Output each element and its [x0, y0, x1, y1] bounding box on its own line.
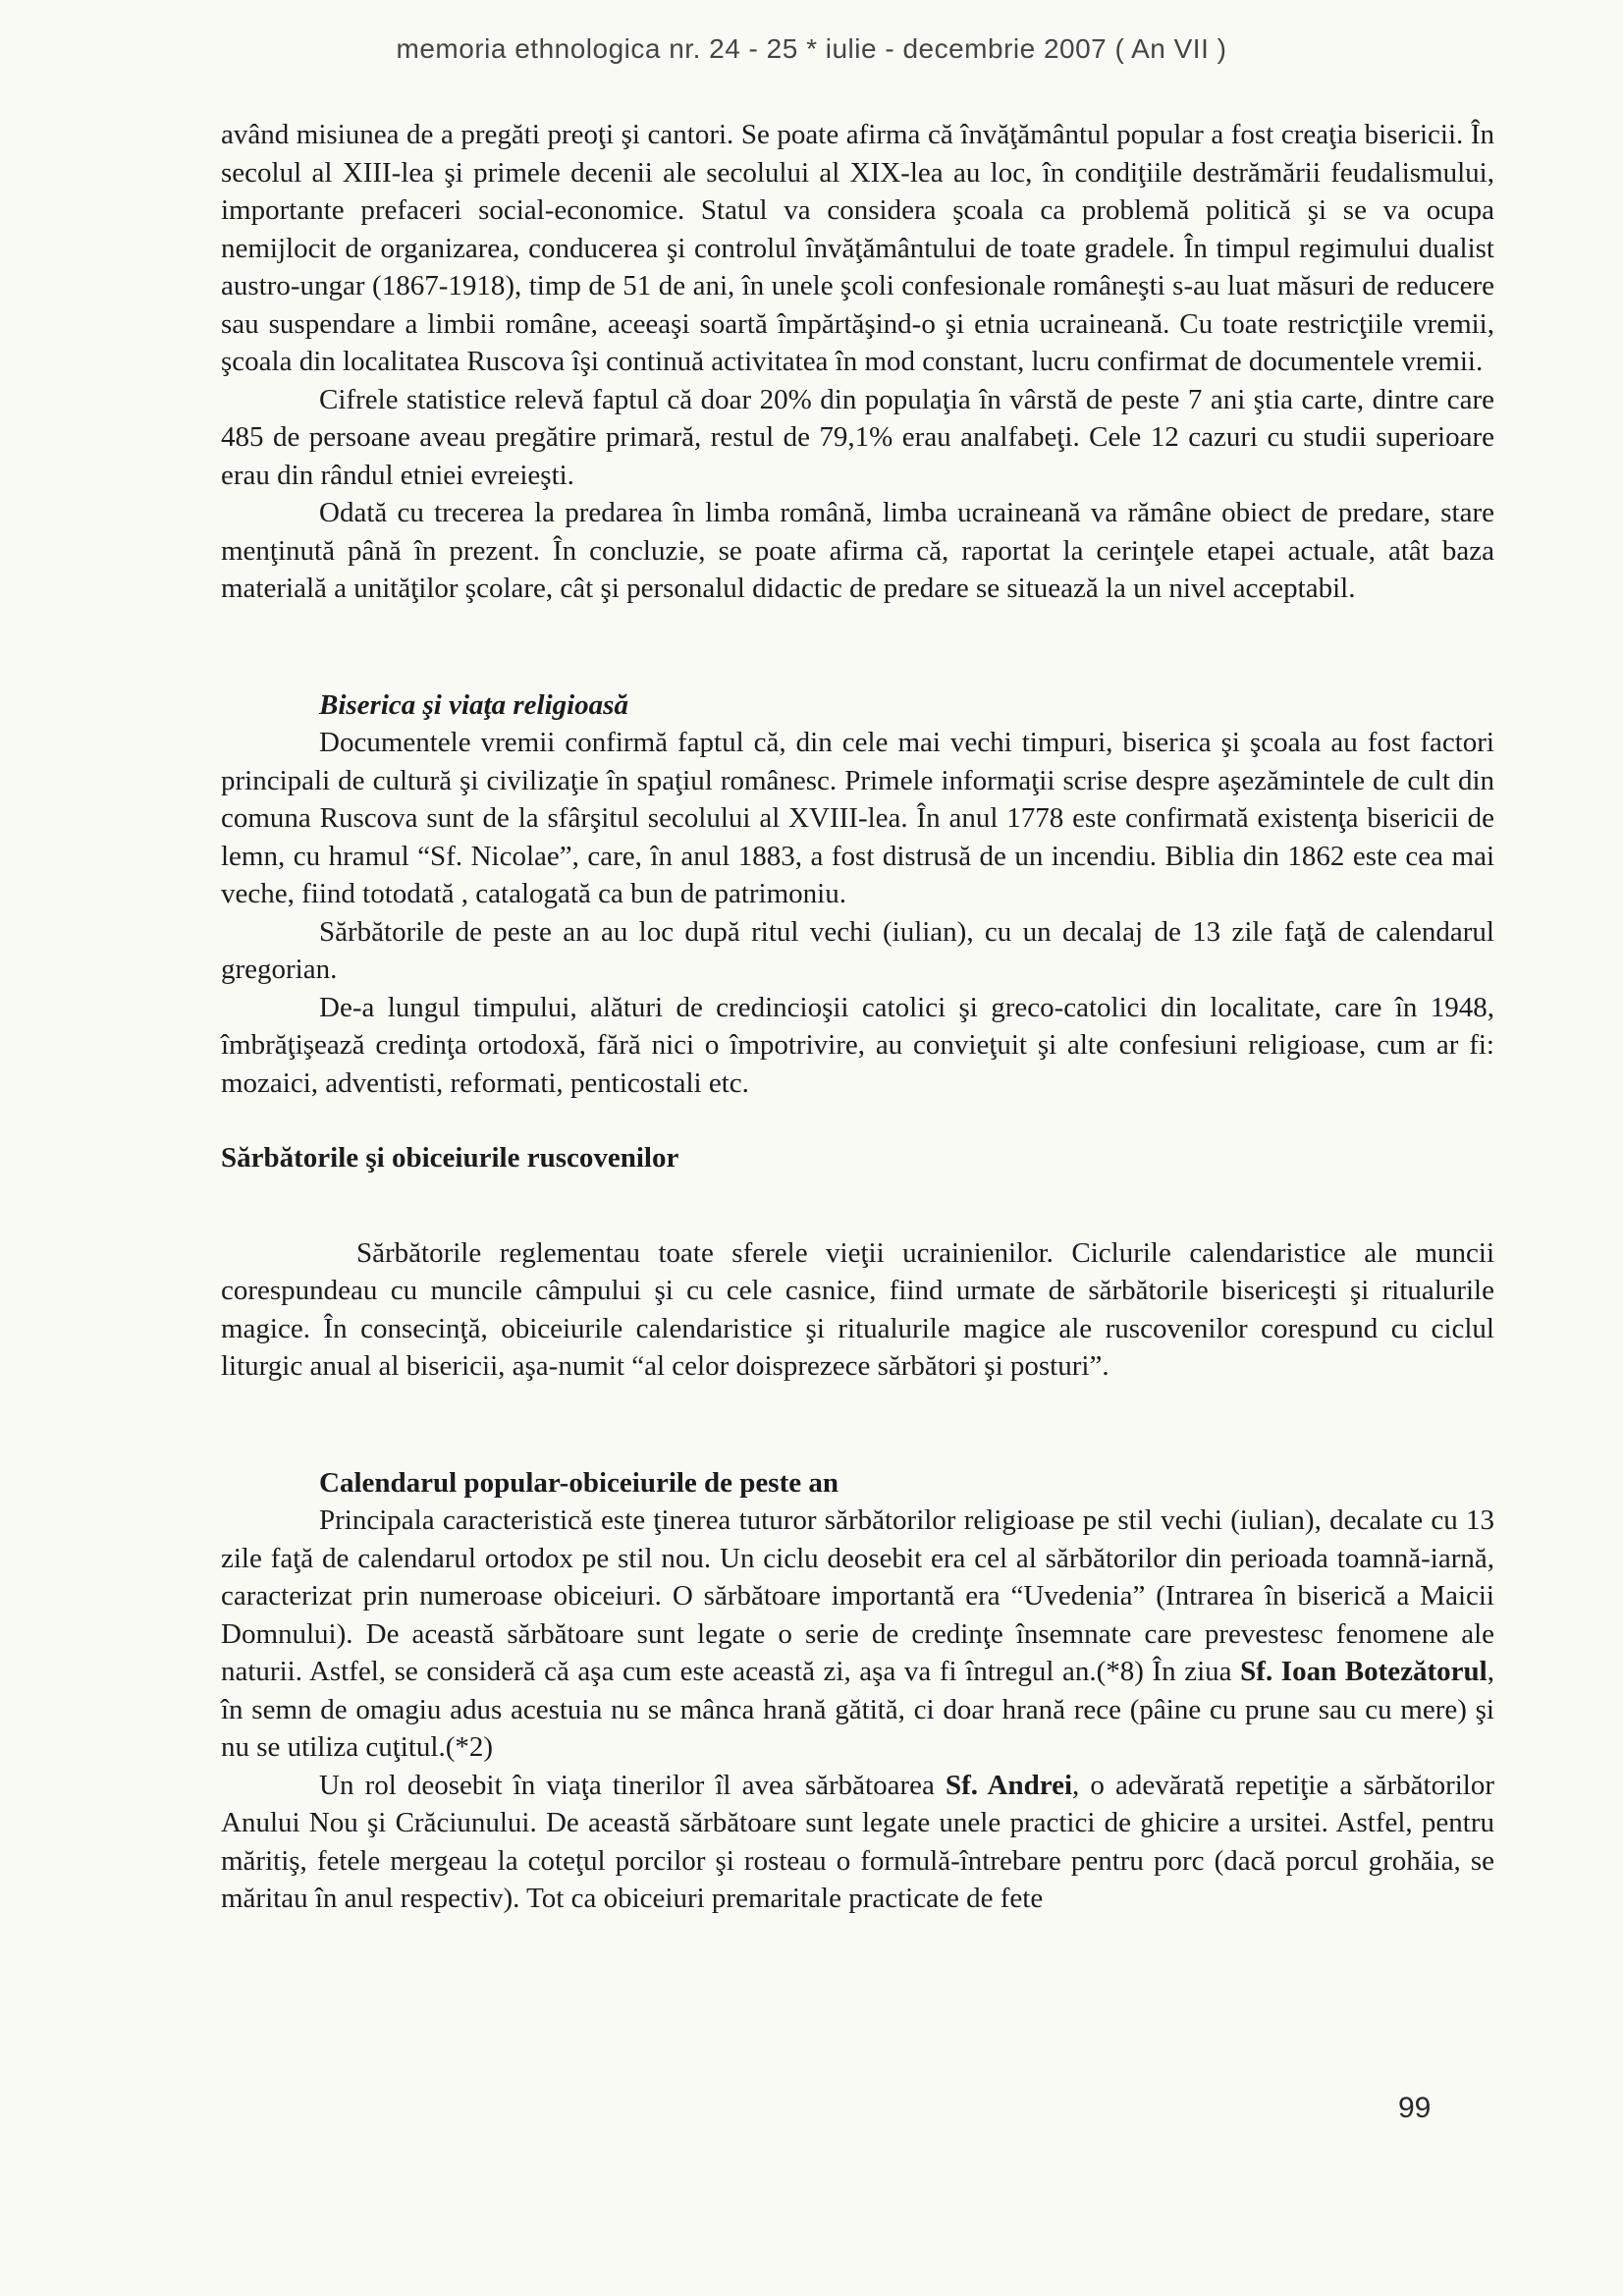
paragraph-sf-andrei: Un rol deosebit în viaţa tinerilor îl av… — [221, 1767, 1494, 1918]
text-segment: Sf. Ioan Botezătorul — [1240, 1656, 1488, 1687]
paragraph-scoala-continuation: având misiunea de a pregăti preoţi şi ca… — [221, 116, 1494, 381]
text-segment: Un rol deosebit în viaţa tinerilor îl av… — [319, 1770, 946, 1801]
text-segment: Sărbătorile de peste an au loc după ritu… — [221, 916, 1494, 986]
scanned-document-page: memoria ethnologica nr. 24 - 25 * iulie … — [0, 0, 1623, 2296]
paragraph-cifre-statistice: Cifrele statistice relevă faptul că doar… — [221, 381, 1494, 495]
page-number: 99 — [1398, 2092, 1431, 2125]
text-segment: Sărbătorile şi obiceiurile ruscovenilor — [221, 1142, 678, 1174]
paragraph-principala-caracteristica: Principala caracteristică este ţinerea t… — [221, 1502, 1494, 1767]
text-segment: Cifrele statistice relevă faptul că doar… — [221, 384, 1494, 491]
document-body: având misiunea de a pregăti preoţi şi ca… — [221, 116, 1494, 1918]
text-segment: Sărbătorile reglementau toate sferele vi… — [221, 1237, 1494, 1383]
paragraph-sarbatorile-reglementau: Sărbătorile reglementau toate sferele vi… — [221, 1234, 1494, 1386]
text-segment: Odată cu trecerea la predarea în limba r… — [221, 497, 1494, 604]
journal-header-line: memoria ethnologica nr. 24 - 25 * iulie … — [0, 33, 1623, 65]
paragraph-confesiuni: De-a lungul timpului, alături de credinc… — [221, 989, 1494, 1103]
section-heading-biserica: Biserica şi viaţa religioasă — [221, 686, 1494, 725]
paragraph-sarbatorile-rit-vechi: Sărbătorile de peste an au loc după ritu… — [221, 913, 1494, 989]
paragraph-documentele-vremii: Documentele vremii confirmă faptul că, d… — [221, 724, 1494, 913]
text-segment: Biserica şi viaţa religioasă — [319, 689, 628, 721]
paragraph-predare-limba: Odată cu trecerea la predarea în limba r… — [221, 494, 1494, 608]
text-segment: Calendarul popular-obiceiurile de peste … — [319, 1467, 839, 1499]
section-heading-sarbatorile-obiceiurile: Sărbătorile şi obiceiurile ruscovenilor — [221, 1139, 1494, 1177]
text-segment: având misiunea de a pregăti preoţi şi ca… — [221, 119, 1494, 377]
text-segment: Documentele vremii confirmă faptul că, d… — [221, 727, 1494, 909]
section-heading-calendarul-popular: Calendarul popular-obiceiurile de peste … — [221, 1464, 1494, 1503]
text-segment: De-a lungul timpului, alături de credinc… — [221, 992, 1494, 1099]
text-segment: Sf. Andrei — [946, 1770, 1072, 1801]
